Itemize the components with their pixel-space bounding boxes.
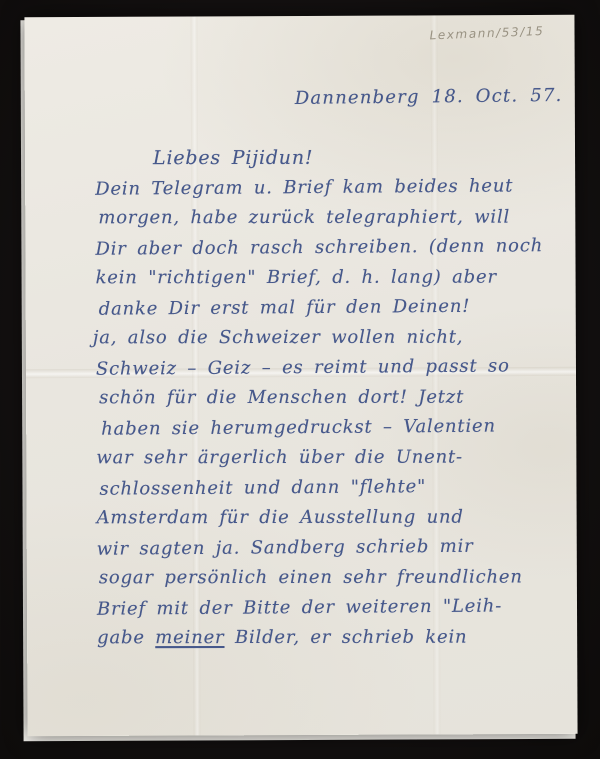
letter-page: Lexmann/53/15 Dannenberg 18. Oct. 57. Li… — [24, 15, 577, 736]
underlined-word: meiner — [155, 627, 224, 648]
last-line-pre: gabe — [97, 627, 155, 648]
last-line-post: Bilder, er schrieb kein — [224, 627, 467, 648]
letter-line: sogar persönlich einen sehr freundlichen — [99, 562, 567, 593]
letter-body: Liebes Pijidun! Dein Telegram u. Brief k… — [95, 142, 567, 654]
letter-line: Amsterdam für die Ausstellung und — [97, 502, 567, 533]
letter-line: Dein Telegram u. Brief kam beides heut — [95, 171, 565, 205]
salutation: Liebes Pijidun! — [153, 142, 565, 173]
letter-line-last: gabe meiner Bilder, er schrieb kein — [97, 622, 567, 653]
letter-line: Brief mit der Bitte der weiteren "Leih- — [97, 591, 567, 625]
letter-line: danke Dir erst mal für den Deinen! — [99, 291, 566, 325]
photo-background: Lexmann/53/15 Dannenberg 18. Oct. 57. Li… — [0, 0, 600, 759]
letter-line: morgen, habe zurück telegraphiert, will — [98, 202, 565, 233]
letter-line: schlossenheit und dann "flehte" — [99, 471, 566, 505]
letter-line: Schweiz – Geiz – es reimt und passt so — [96, 351, 566, 385]
letter-line: war sehr ärgerlich über die Unent- — [96, 442, 566, 473]
letter-line: ja, also die Schweizer wollen nicht, — [93, 322, 566, 353]
dateline: Dannenberg 18. Oct. 57. — [295, 85, 563, 109]
letter-line: Dir aber doch rasch schreiben. (denn noc… — [95, 231, 565, 265]
letter-line: haben sie herumgedruckst – Valentien — [101, 411, 566, 445]
letter-line: schön für die Menschen dort! Jetzt — [99, 382, 566, 413]
letter-line: wir sagten ja. Sandberg schrieb mir — [97, 531, 567, 565]
archive-annotation: Lexmann/53/15 — [429, 24, 544, 42]
letter-line: kein "richtigen" Brief, d. h. lang) aber — [96, 262, 566, 293]
